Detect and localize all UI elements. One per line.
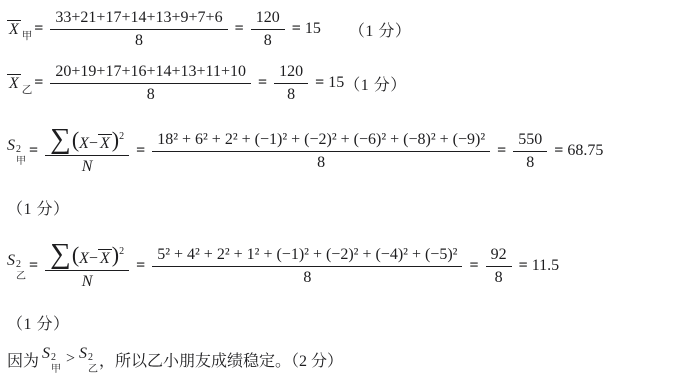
variance-jia-result: 68.75 [567,142,603,160]
conclusion-prefix: 因为 [7,348,39,371]
minus-sign: − [89,250,98,267]
fraction-total-yi-var: 92 8 [486,246,512,287]
minus-sign: − [89,135,98,152]
sigma-symbol: ∑ [50,238,71,270]
score-mark: （1 分） [7,196,70,219]
equation-variance-yi: S2乙 = ∑(X−X)2 N = 5² + 4² + 2² + 1² + (−… [7,229,678,303]
equation-variance-jia: S2甲 = ∑(X−X)2 N = 18² + 6² + 2² + (−1)² … [7,114,678,188]
equals-sign: = [136,142,145,160]
s-squared-jia-inline: S2甲 [42,345,62,373]
xbar-jia: X甲 [7,20,32,39]
equals-sign: = [315,74,324,92]
fraction-denominator: 8 [495,267,503,287]
fraction-numerator: 550 [513,131,547,152]
fraction-numerator: 120 [274,63,308,84]
mean-yi-result: 15 [328,74,344,92]
sigma-symbol: ∑ [50,123,71,155]
equals-sign: = [497,142,506,160]
score-mark: （1 分） [349,18,412,41]
equals-sign: = [554,142,563,160]
fraction-numerator: 92 [486,246,512,267]
s-supsub: 2乙 [88,353,98,375]
equals-sign: = [292,20,301,38]
fraction-sum-yi: 20+19+17+16+14+13+11+10 8 [50,63,251,104]
formula-numerator: ∑(X−X)2 [45,127,129,156]
fraction-denominator: 8 [317,152,325,172]
s-squared-jia: S2甲 [7,137,27,165]
x-bar: X [98,134,112,153]
fraction-denominator: 8 [147,84,155,104]
equals-sign: = [235,20,244,38]
s-squared-yi-inline: S2乙 [79,345,99,373]
x-bar-base: X [7,74,21,93]
x-var: X [79,135,89,152]
equals-sign: = [258,74,267,92]
fraction-variance-formula: ∑(X−X)2 N [45,242,129,291]
close-paren: ) [112,242,119,267]
fraction-total-jia: 120 8 [251,9,285,50]
s-subscript-jia: 甲 [16,157,26,168]
open-paren: ( [72,127,79,152]
exponent: 2 [119,246,124,257]
s-squared-yi: S2乙 [7,252,27,280]
s-base: S [7,137,15,154]
fraction-sum-jia: 33+21+17+14+13+9+7+6 8 [50,9,227,50]
conclusion-line: 因为 S2甲 > S2乙 ，所以乙小朋友成绩稳定。（2 分） [7,347,678,371]
s-superscript: 2 [51,353,56,364]
x-bar-sub-yi: 乙 [22,84,33,96]
fraction-denominator: 8 [264,30,272,50]
fraction-numerator: 5² + 4² + 2² + 1² + (−1)² + (−2)² + (−4)… [152,246,462,267]
formula-denominator: N [82,156,93,176]
fraction-total-jia-var: 550 8 [513,131,547,172]
score-line-variance-jia: （1 分） [7,195,678,219]
fraction-squares-yi: 5² + 4² + 2² + 1² + (−1)² + (−2)² + (−4)… [152,246,462,287]
s-supsub: 2甲 [51,353,61,375]
conclusion-suffix: ，所以乙小朋友成绩稳定。（2 分） [99,348,343,371]
score-line-variance-yi: （1 分） [7,310,678,334]
fraction-total-yi: 120 8 [274,63,308,104]
solution-document: X甲 = 33+21+17+14+13+9+7+6 8 = 120 8 = 15… [0,0,678,371]
score-mark: （1 分） [7,311,70,334]
fraction-numerator: 120 [251,9,285,30]
x-bar-base: X [7,20,21,39]
equals-sign: = [469,257,478,275]
score-mark: （1 分） [344,72,407,95]
open-paren: ( [72,242,79,267]
formula-denominator: N [82,271,93,291]
fraction-variance-formula: ∑(X−X)2 N [45,127,129,176]
fraction-squares-jia: 18² + 6² + 2² + (−1)² + (−2)² + (−6)² + … [152,131,490,172]
equals-sign: = [34,20,43,38]
s-superscript: 2 [16,260,21,271]
equals-sign: = [136,257,145,275]
variance-yi-result: 11.5 [532,257,559,275]
fraction-denominator: 8 [303,267,311,287]
equation-mean-yi: X乙 = 20+19+17+16+14+13+11+10 8 = 120 8 =… [7,60,678,106]
mean-jia-result: 15 [305,20,321,38]
s-supsub: 2甲 [16,145,26,167]
xbar-yi: X乙 [7,74,32,93]
s-base: S [42,345,50,362]
s-subscript-jia: 甲 [51,365,61,376]
fraction-numerator: 18² + 6² + 2² + (−1)² + (−2)² + (−6)² + … [152,131,490,152]
fraction-denominator: 8 [135,30,143,50]
fraction-numerator: 20+19+17+16+14+13+11+10 [50,63,251,84]
close-paren: ) [112,127,119,152]
s-superscript: 2 [16,145,21,156]
greater-than-sign: > [66,350,75,368]
s-supsub: 2乙 [16,260,26,282]
x-bar: X [98,249,112,268]
fraction-denominator: 8 [526,152,534,172]
s-subscript-yi: 乙 [88,365,98,376]
s-subscript-yi: 乙 [16,272,26,283]
s-base: S [79,345,87,362]
fraction-numerator: 33+21+17+14+13+9+7+6 [50,9,227,30]
formula-numerator: ∑(X−X)2 [45,242,129,271]
x-var: X [79,250,89,267]
s-base: S [7,252,15,269]
equals-sign: = [519,257,528,275]
exponent: 2 [119,131,124,142]
equation-mean-jia: X甲 = 33+21+17+14+13+9+7+6 8 = 120 8 = 15… [7,6,678,52]
equals-sign: = [29,257,38,275]
x-bar-sub-jia: 甲 [22,30,33,42]
equals-sign: = [34,74,43,92]
s-superscript: 2 [88,353,93,364]
fraction-denominator: 8 [287,84,295,104]
equals-sign: = [29,142,38,160]
